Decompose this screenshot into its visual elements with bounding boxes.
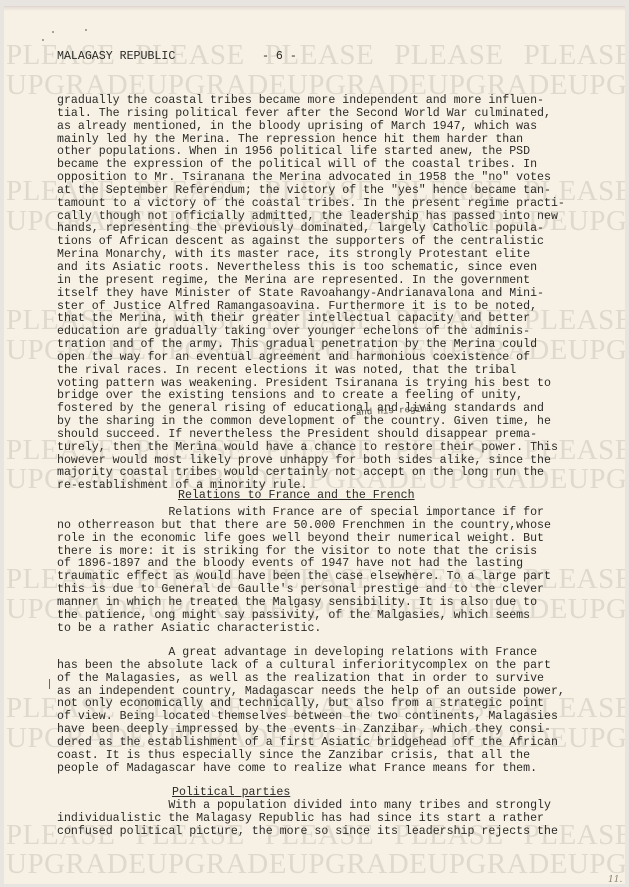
france-paragraph-2: A great advantage in developing relation… [57, 647, 565, 775]
paper-speck [52, 31, 54, 33]
paper-speck [42, 39, 44, 41]
intro-section-text: gradually the coastal tribes became more… [57, 95, 565, 493]
watermark-word: UPGRADE [568, 334, 625, 367]
watermark-word: UPGRADE [287, 848, 427, 881]
margin-mark [49, 679, 50, 689]
watermark-word: UPGRADE [568, 205, 625, 238]
watermark-word: UPGRADE [568, 69, 625, 102]
watermark-word: UPGRADE [568, 722, 625, 755]
paper-speck [85, 29, 87, 31]
running-header-country: MALAGASY REPUBLIC [57, 50, 175, 63]
france-paragraph-1: Relations with France are of special imp… [57, 507, 551, 635]
watermark-row: UPGRADEUPGRADEUPGRADEUPGRADEUPGRADE [4, 848, 625, 881]
watermark-word: UPGRADE [427, 848, 567, 881]
document-page: PLEASEPLEASEPLEASEPLEASEPLEASEUPGRADEUPG… [4, 6, 625, 884]
section-heading-political-parties: Political parties [172, 786, 290, 799]
watermark-word: PLEASE [524, 39, 625, 72]
watermark-word: PLEASE [394, 39, 503, 72]
watermark-word: UPGRADE [146, 848, 286, 881]
handwritten-folio-number: 11. [608, 875, 622, 884]
parties-paragraph-1: With a population divided into many trib… [57, 800, 558, 839]
watermark-word: UPGRADE [568, 593, 625, 626]
section-heading-relations-france: Relations to France and the French [178, 489, 415, 502]
watermark-word: UPGRADE [568, 463, 625, 496]
page-number: - 6 - [262, 50, 297, 63]
watermark-word: UPGRADE [6, 848, 146, 881]
